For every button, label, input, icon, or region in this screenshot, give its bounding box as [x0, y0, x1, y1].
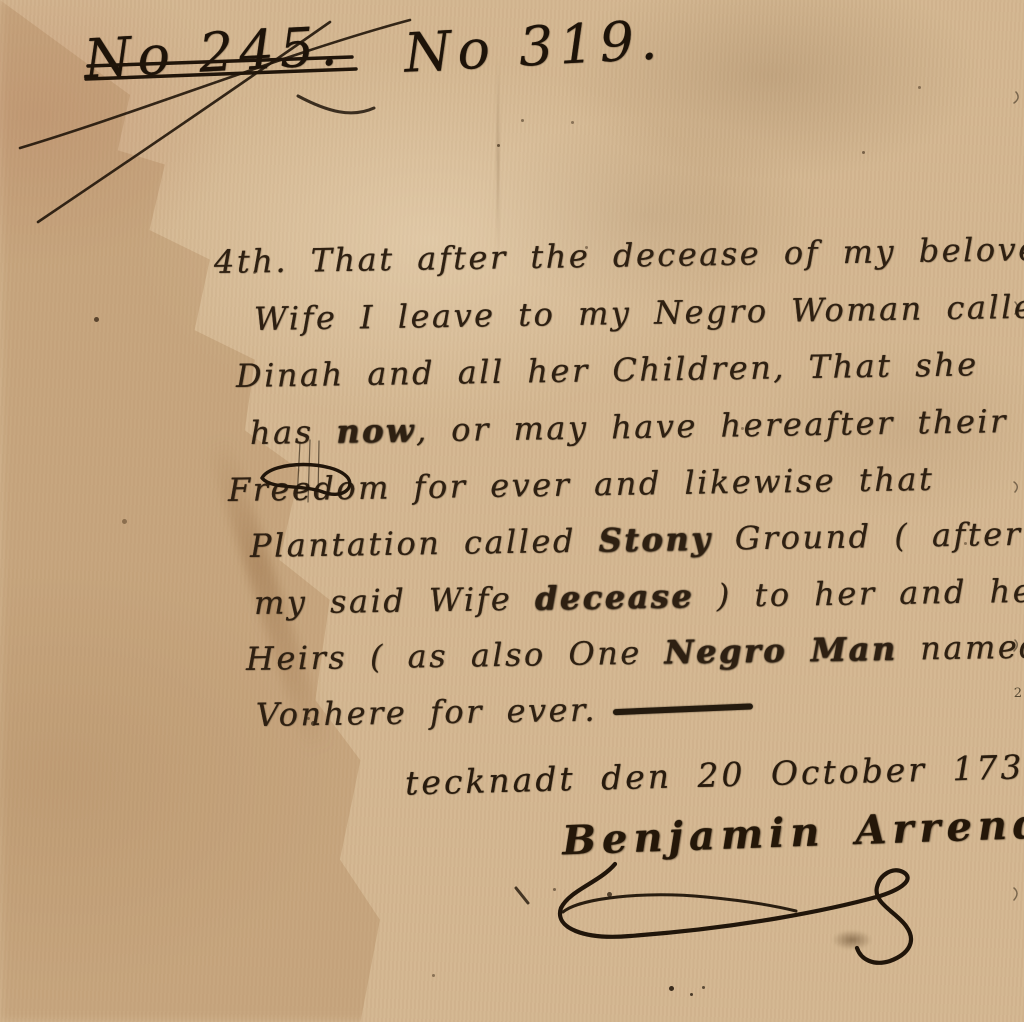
- header-strike-2: [86, 69, 356, 79]
- edge-page-fragment: 2: [1014, 686, 1022, 701]
- adjacent-page-edge: [1004, 0, 1024, 1022]
- signature-flourish: [560, 864, 911, 963]
- header-strike-1: [88, 57, 352, 66]
- signature-flourish-tick: [516, 888, 528, 903]
- correction-hatch-1: [297, 442, 300, 500]
- header-flourish-up: [20, 20, 410, 148]
- header-number-tail: [298, 96, 374, 113]
- manuscript-page: No 245. No 319. 4th. That after the dece…: [0, 0, 1024, 1022]
- correction-loop: [262, 465, 350, 495]
- header-flourish-down: [38, 22, 330, 222]
- ink-flourishes: [0, 0, 1024, 1022]
- correction-hatch-2: [308, 440, 310, 502]
- signature-flourish-upper-arc: [563, 895, 796, 912]
